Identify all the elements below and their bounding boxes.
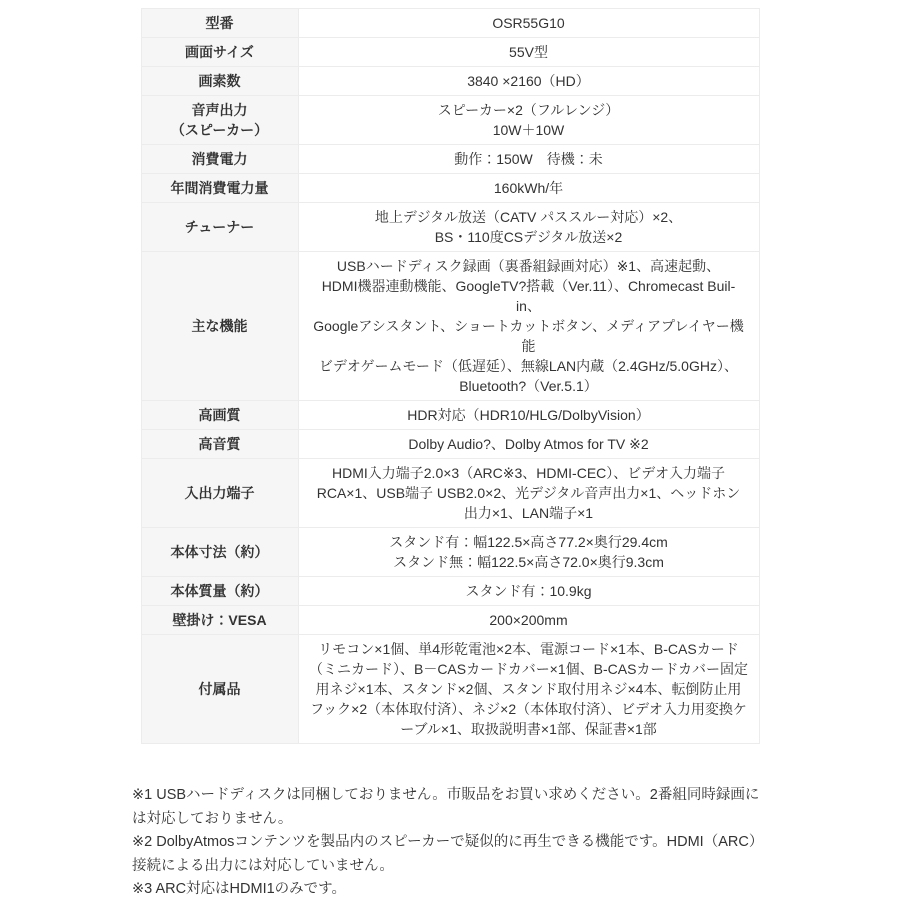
spec-row-annual-power: 年間消費電力量 160kWh/年: [141, 174, 759, 203]
spec-row-tuner: チューナー 地上デジタル放送（CATV パススルー対応）×2、 BS・110度C…: [141, 203, 759, 252]
spec-label-vesa: 壁掛け：VESA: [141, 606, 298, 635]
spec-label-picture-quality: 高画質: [141, 401, 298, 430]
spec-label-weight: 本体質量（約）: [141, 577, 298, 606]
footnote-1: ※1 USBハードディスクは同梱しておりません。市販品をお買い求めください。2番…: [132, 784, 768, 831]
spec-label-main-features: 主な機能: [141, 252, 298, 401]
spec-label-tuner: チューナー: [141, 203, 298, 252]
footnotes-section: ※1 USBハードディスクは同梱しておりません。市販品をお買い求めください。2番…: [132, 784, 768, 900]
spec-label-resolution: 画素数: [141, 67, 298, 96]
spec-row-screen-size: 画面サイズ 55V型: [141, 38, 759, 67]
spec-label-annual-power: 年間消費電力量: [141, 174, 298, 203]
spec-label-audio-output: 音声出力 （スピーカー）: [141, 96, 298, 145]
spec-row-main-features: 主な機能 USBハードディスク録画（裏番組録画対応）※1、高速起動、 HDMI機…: [141, 252, 759, 401]
spec-row-model: 型番 OSR55G10: [141, 9, 759, 38]
spec-label-dimensions: 本体寸法（約）: [141, 528, 298, 577]
spec-label-screen-size: 画面サイズ: [141, 38, 298, 67]
spec-value-screen-size: 55V型: [298, 38, 759, 67]
spec-label-model: 型番: [141, 9, 298, 38]
spec-value-dimensions: スタンド有：幅122.5×高さ77.2×奥行29.4cm スタンド無：幅122.…: [298, 528, 759, 577]
spec-label-power-consumption: 消費電力: [141, 145, 298, 174]
spec-value-tuner: 地上デジタル放送（CATV パススルー対応）×2、 BS・110度CSデジタル放…: [298, 203, 759, 252]
spec-label-accessories: 付属品: [141, 635, 298, 744]
spec-value-resolution: 3840 ×2160（HD）: [298, 67, 759, 96]
spec-row-vesa: 壁掛け：VESA 200×200mm: [141, 606, 759, 635]
spec-row-weight: 本体質量（約） スタンド有：10.9kg: [141, 577, 759, 606]
spec-row-power-consumption: 消費電力 動作：150W 待機：未: [141, 145, 759, 174]
spec-label-sound-quality: 高音質: [141, 430, 298, 459]
spec-row-dimensions: 本体寸法（約） スタンド有：幅122.5×高さ77.2×奥行29.4cm スタン…: [141, 528, 759, 577]
spec-value-vesa: 200×200mm: [298, 606, 759, 635]
spec-value-model: OSR55G10: [298, 9, 759, 38]
footnote-3: ※3 ARC対応はHDMI1のみです。: [132, 878, 768, 900]
spec-value-picture-quality: HDR対応（HDR10/HLG/DolbyVision）: [298, 401, 759, 430]
spec-label-io-terminals: 入出力端子: [141, 459, 298, 528]
spec-value-accessories: リモコン×1個、単4形乾電池×2本、電源コード×1本、B-CASカード （ミニカ…: [298, 635, 759, 744]
spec-value-audio-output: スピーカー×2（フルレンジ） 10W＋10W: [298, 96, 759, 145]
spec-value-power-consumption: 動作：150W 待機：未: [298, 145, 759, 174]
spec-value-main-features: USBハードディスク録画（裏番組録画対応）※1、高速起動、 HDMI機器連動機能…: [298, 252, 759, 401]
spec-row-sound-quality: 高音質 Dolby Audio?、Dolby Atmos for TV ※2: [141, 430, 759, 459]
spec-row-picture-quality: 高画質 HDR対応（HDR10/HLG/DolbyVision）: [141, 401, 759, 430]
spec-value-weight: スタンド有：10.9kg: [298, 577, 759, 606]
spec-table: 型番 OSR55G10 画面サイズ 55V型 画素数 3840 ×2160（HD…: [141, 8, 760, 744]
spec-row-audio-output: 音声出力 （スピーカー） スピーカー×2（フルレンジ） 10W＋10W: [141, 96, 759, 145]
spec-value-io-terminals: HDMI入力端子2.0×3（ARC※3、HDMI-CEC）、ビデオ入力端子 RC…: [298, 459, 759, 528]
spec-value-annual-power: 160kWh/年: [298, 174, 759, 203]
spec-row-resolution: 画素数 3840 ×2160（HD）: [141, 67, 759, 96]
spec-value-sound-quality: Dolby Audio?、Dolby Atmos for TV ※2: [298, 430, 759, 459]
footnote-2: ※2 DolbyAtmosコンテンツを製品内のスピーカーで疑似的に再生できる機能…: [132, 831, 768, 878]
spec-row-io-terminals: 入出力端子 HDMI入力端子2.0×3（ARC※3、HDMI-CEC）、ビデオ入…: [141, 459, 759, 528]
product-spec-page: 型番 OSR55G10 画面サイズ 55V型 画素数 3840 ×2160（HD…: [0, 0, 900, 900]
spec-row-accessories: 付属品 リモコン×1個、単4形乾電池×2本、電源コード×1本、B-CASカード …: [141, 635, 759, 744]
